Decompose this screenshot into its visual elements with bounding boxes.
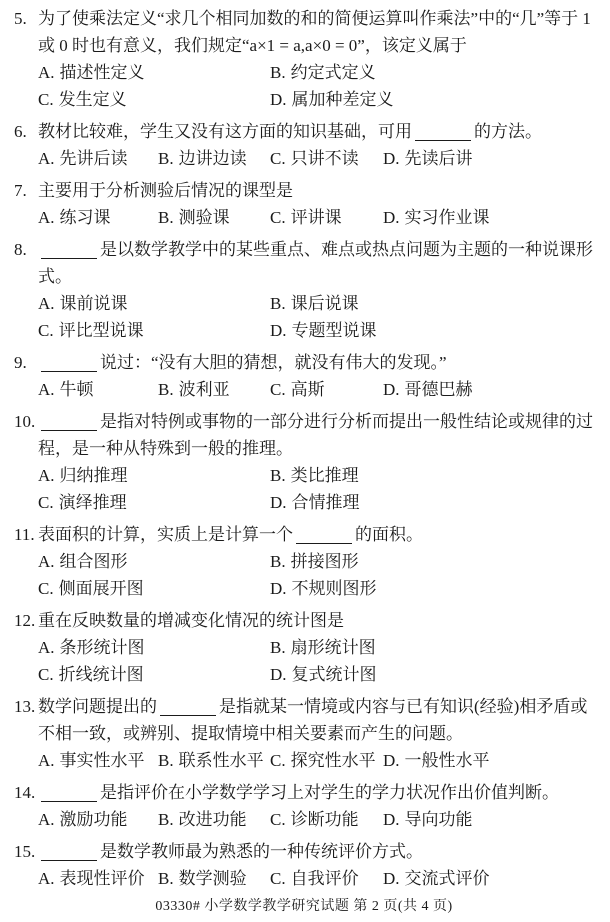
option-label: D. — [270, 90, 287, 109]
option-label: C. — [38, 579, 54, 598]
option-A: A.先讲后读 — [38, 145, 158, 172]
option-text: 哥德巴赫 — [405, 380, 473, 399]
option-D: D.属加种差定义 — [270, 86, 600, 113]
option-B: B.约定式定义 — [270, 59, 600, 86]
answer-blank — [296, 526, 352, 544]
question-stem: 15.是数学教师最为熟悉的一种传统评价方式。 — [38, 838, 600, 865]
option-C: C.只讲不读 — [270, 145, 383, 172]
option-label: A. — [38, 552, 55, 571]
question-stem: 14.是指评价在小学数学学习上对学生的学力状况作出价值判断。 — [38, 779, 600, 806]
option-label: C. — [270, 208, 286, 227]
option-D: D.专题型说课 — [270, 317, 600, 344]
option-text: 实习作业课 — [405, 208, 490, 227]
option-label: D. — [270, 321, 287, 340]
options-grid: A.练习课B.测验课C.评讲课D.实习作业课 — [38, 204, 600, 231]
option-C: C.演绎推理 — [38, 489, 270, 516]
option-label: D. — [383, 149, 400, 168]
question-number: 8. — [14, 236, 38, 263]
question-item-13: 13.数学问题提出的是指就某一情境或内容与已有知识(经验)相矛盾或不相一致，或辨… — [8, 693, 600, 774]
question-text: 的面积。 — [355, 525, 423, 544]
option-text: 先讲后读 — [60, 149, 128, 168]
question-number: 11. — [14, 521, 38, 548]
option-text: 合情推理 — [292, 493, 360, 512]
options-grid: A.归纳推理B.类比推理C.演绎推理D.合情推理 — [38, 462, 600, 516]
question-stem: 9.说过：“没有大胆的猜想，就没有伟大的发现。” — [38, 349, 600, 376]
option-label: D. — [270, 579, 287, 598]
answer-blank — [41, 843, 97, 861]
option-D: D.不规则图形 — [270, 575, 600, 602]
option-label: A. — [38, 751, 55, 770]
options-grid: A.课前说课B.课后说课C.评比型说课D.专题型说课 — [38, 290, 600, 344]
option-text: 只讲不读 — [291, 149, 359, 168]
question-text: 重在反映数量的增减变化情况的统计图是 — [38, 611, 344, 630]
option-text: 复式统计图 — [292, 665, 377, 684]
option-A: A.条形统计图 — [38, 634, 270, 661]
option-C: C.探究性水平 — [270, 747, 383, 774]
question-text: 是以数学教学中的某些重点、难点或热点问题为主题的一种说课形式。 — [38, 240, 593, 286]
option-text: 类比推理 — [291, 466, 359, 485]
option-label: B. — [270, 63, 286, 82]
answer-blank — [41, 354, 97, 372]
option-label: B. — [270, 294, 286, 313]
option-text: 不规则图形 — [292, 579, 377, 598]
option-label: D. — [270, 493, 287, 512]
option-label: B. — [158, 149, 174, 168]
option-C: C.高斯 — [270, 376, 383, 403]
option-text: 描述性定义 — [60, 63, 145, 82]
question-stem: 5.为了使乘法定义“求几个相同加数的和的简便运算叫作乘法”中的“几”等于 1 或… — [38, 5, 600, 59]
option-B: B.联系性水平 — [158, 747, 270, 774]
option-label: B. — [270, 638, 286, 657]
option-text: 导向功能 — [405, 810, 473, 829]
option-C: C.评讲课 — [270, 204, 383, 231]
option-A: A.归纳推理 — [38, 462, 270, 489]
option-A: A.组合图形 — [38, 548, 270, 575]
option-A: A.练习课 — [38, 204, 158, 231]
option-label: A. — [38, 380, 55, 399]
option-text: 测验课 — [179, 208, 230, 227]
option-C: C.诊断功能 — [270, 806, 383, 833]
option-label: C. — [38, 90, 54, 109]
option-D: D.复式统计图 — [270, 661, 600, 688]
option-label: A. — [38, 810, 55, 829]
option-text: 约定式定义 — [291, 63, 376, 82]
question-item-10: 10.是指对特例或事物的一部分进行分析而提出一般性结论或规律的过程，是一种从特殊… — [8, 408, 600, 516]
option-text: 评比型说课 — [59, 321, 144, 340]
option-label: B. — [270, 552, 286, 571]
option-text: 发生定义 — [59, 90, 127, 109]
option-D: D.实习作业课 — [383, 204, 600, 231]
options-grid: A.组合图形B.拼接图形C.侧面展开图D.不规则图形 — [38, 548, 600, 602]
option-B: B.类比推理 — [270, 462, 600, 489]
option-text: 专题型说课 — [292, 321, 377, 340]
option-text: 高斯 — [291, 380, 325, 399]
option-text: 扇形统计图 — [291, 638, 376, 657]
option-text: 改进功能 — [179, 810, 247, 829]
question-stem: 11.表面积的计算，实质上是计算一个的面积。 — [38, 521, 600, 548]
option-label: C. — [38, 493, 54, 512]
option-label: B. — [158, 208, 174, 227]
option-text: 诊断功能 — [291, 810, 359, 829]
option-text: 条形统计图 — [60, 638, 145, 657]
option-B: B.边讲边读 — [158, 145, 270, 172]
question-stem: 13.数学问题提出的是指就某一情境或内容与已有知识(经验)相矛盾或不相一致，或辨… — [38, 693, 600, 747]
option-A: A.描述性定义 — [38, 59, 270, 86]
option-C: C.评比型说课 — [38, 317, 270, 344]
option-text: 拼接图形 — [291, 552, 359, 571]
option-C: C.发生定义 — [38, 86, 270, 113]
option-B: B.波利亚 — [158, 376, 270, 403]
option-D: D.交流式评价 — [383, 865, 600, 892]
option-label: A. — [38, 466, 55, 485]
option-text: 课后说课 — [291, 294, 359, 313]
option-label: C. — [270, 810, 286, 829]
option-text: 牛顿 — [60, 380, 94, 399]
option-B: B.拼接图形 — [270, 548, 600, 575]
option-C: C.侧面展开图 — [38, 575, 270, 602]
option-text: 波利亚 — [179, 380, 230, 399]
option-B: B.数学测验 — [158, 865, 270, 892]
question-text: 说过：“没有大胆的猜想，就没有伟大的发现。” — [100, 353, 447, 372]
question-item-6: 6.教材比较难，学生又没有这方面的知识基础，可用的方法。A.先讲后读B.边讲边读… — [8, 118, 600, 172]
option-text: 评讲课 — [291, 208, 342, 227]
option-label: D. — [383, 751, 400, 770]
question-number: 6. — [14, 118, 38, 145]
option-A: A.牛顿 — [38, 376, 158, 403]
option-label: D. — [383, 208, 400, 227]
option-D: D.一般性水平 — [383, 747, 600, 774]
options-grid: A.描述性定义B.约定式定义C.发生定义D.属加种差定义 — [38, 59, 600, 113]
option-label: C. — [38, 665, 54, 684]
option-text: 组合图形 — [60, 552, 128, 571]
option-text: 事实性水平 — [60, 751, 145, 770]
answer-blank — [160, 698, 216, 716]
options-grid: A.条形统计图B.扇形统计图C.折线统计图D.复式统计图 — [38, 634, 600, 688]
options-grid: A.表现性评价B.数学测验C.自我评价D.交流式评价 — [38, 865, 600, 892]
option-text: 边讲边读 — [179, 149, 247, 168]
question-stem: 10.是指对特例或事物的一部分进行分析而提出一般性结论或规律的过程，是一种从特殊… — [38, 408, 600, 462]
question-item-9: 9.说过：“没有大胆的猜想，就没有伟大的发现。”A.牛顿B.波利亚C.高斯D.哥… — [8, 349, 600, 403]
question-text: 是指评价在小学数学学习上对学生的学力状况作出价值判断。 — [100, 783, 559, 802]
exam-page: 5.为了使乘法定义“求几个相同加数的和的简便运算叫作乘法”中的“几”等于 1 或… — [0, 0, 610, 922]
options-grid: A.激励功能B.改进功能C.诊断功能D.导向功能 — [38, 806, 600, 833]
option-label: A. — [38, 869, 55, 888]
option-A: A.事实性水平 — [38, 747, 158, 774]
question-number: 15. — [14, 838, 38, 865]
question-text: 的方法。 — [474, 122, 542, 141]
option-label: C. — [270, 869, 286, 888]
answer-blank — [41, 241, 97, 259]
option-text: 属加种差定义 — [292, 90, 394, 109]
question-number: 5. — [14, 5, 38, 32]
answer-blank — [41, 413, 97, 431]
question-item-12: 12.重在反映数量的增减变化情况的统计图是A.条形统计图B.扇形统计图C.折线统… — [8, 607, 600, 688]
option-label: D. — [383, 380, 400, 399]
option-label: C. — [38, 321, 54, 340]
option-text: 折线统计图 — [59, 665, 144, 684]
question-text: 表面积的计算，实质上是计算一个 — [38, 525, 293, 544]
option-A: A.表现性评价 — [38, 865, 158, 892]
option-label: C. — [270, 380, 286, 399]
option-label: D. — [383, 869, 400, 888]
option-A: A.激励功能 — [38, 806, 158, 833]
option-B: B.课后说课 — [270, 290, 600, 317]
option-text: 表现性评价 — [60, 869, 145, 888]
option-text: 归纳推理 — [60, 466, 128, 485]
question-item-5: 5.为了使乘法定义“求几个相同加数的和的简便运算叫作乘法”中的“几”等于 1 或… — [8, 5, 600, 113]
question-text: 是数学教师最为熟悉的一种传统评价方式。 — [100, 842, 423, 861]
option-label: A. — [38, 63, 55, 82]
option-A: A.课前说课 — [38, 290, 270, 317]
question-stem: 12.重在反映数量的增减变化情况的统计图是 — [38, 607, 600, 634]
question-item-8: 8.是以数学教学中的某些重点、难点或热点问题为主题的一种说课形式。A.课前说课B… — [8, 236, 600, 344]
option-label: B. — [158, 810, 174, 829]
option-text: 激励功能 — [60, 810, 128, 829]
question-number: 13. — [14, 693, 38, 720]
option-C: C.折线统计图 — [38, 661, 270, 688]
options-grid: A.先讲后读B.边讲边读C.只讲不读D.先读后讲 — [38, 145, 600, 172]
question-text: 数学问题提出的 — [38, 697, 157, 716]
option-D: D.导向功能 — [383, 806, 600, 833]
option-label: C. — [270, 751, 286, 770]
option-label: A. — [38, 638, 55, 657]
option-D: D.合情推理 — [270, 489, 600, 516]
option-label: B. — [270, 466, 286, 485]
question-stem: 6.教材比较难，学生又没有这方面的知识基础，可用的方法。 — [38, 118, 600, 145]
option-label: C. — [270, 149, 286, 168]
question-text: 主要用于分析测验后情况的课型是 — [38, 181, 293, 200]
option-text: 练习课 — [60, 208, 111, 227]
option-label: A. — [38, 294, 55, 313]
option-C: C.自我评价 — [270, 865, 383, 892]
question-item-14: 14.是指评价在小学数学学习上对学生的学力状况作出价值判断。A.激励功能B.改进… — [8, 779, 600, 833]
question-item-7: 7.主要用于分析测验后情况的课型是A.练习课B.测验课C.评讲课D.实习作业课 — [8, 177, 600, 231]
option-text: 一般性水平 — [405, 751, 490, 770]
option-label: B. — [158, 380, 174, 399]
question-number: 14. — [14, 779, 38, 806]
option-B: B.测验课 — [158, 204, 270, 231]
option-text: 自我评价 — [291, 869, 359, 888]
page-footer: 03330# 小学数学教学研究试题 第 2 页(共 4 页) — [8, 897, 600, 917]
question-item-11: 11.表面积的计算，实质上是计算一个的面积。A.组合图形B.拼接图形C.侧面展开… — [8, 521, 600, 602]
option-text: 演绎推理 — [59, 493, 127, 512]
question-text: 是指对特例或事物的一部分进行分析而提出一般性结论或规律的过程，是一种从特殊到一般… — [38, 412, 593, 458]
option-label: B. — [158, 869, 174, 888]
options-grid: A.事实性水平B.联系性水平C.探究性水平D.一般性水平 — [38, 747, 600, 774]
question-number: 9. — [14, 349, 38, 376]
option-D: D.先读后讲 — [383, 145, 600, 172]
option-B: B.扇形统计图 — [270, 634, 600, 661]
option-text: 联系性水平 — [179, 751, 264, 770]
option-label: A. — [38, 208, 55, 227]
options-grid: A.牛顿B.波利亚C.高斯D.哥德巴赫 — [38, 376, 600, 403]
option-text: 课前说课 — [60, 294, 128, 313]
option-text: 探究性水平 — [291, 751, 376, 770]
option-text: 交流式评价 — [405, 869, 490, 888]
option-label: B. — [158, 751, 174, 770]
option-label: D. — [383, 810, 400, 829]
option-text: 先读后讲 — [405, 149, 473, 168]
question-item-15: 15.是数学教师最为熟悉的一种传统评价方式。A.表现性评价B.数学测验C.自我评… — [8, 838, 600, 892]
question-stem: 7.主要用于分析测验后情况的课型是 — [38, 177, 600, 204]
question-text: 教材比较难，学生又没有这方面的知识基础，可用 — [38, 122, 412, 141]
option-D: D.哥德巴赫 — [383, 376, 600, 403]
option-text: 数学测验 — [179, 869, 247, 888]
option-label: D. — [270, 665, 287, 684]
option-B: B.改进功能 — [158, 806, 270, 833]
question-stem: 8.是以数学教学中的某些重点、难点或热点问题为主题的一种说课形式。 — [38, 236, 600, 290]
option-label: A. — [38, 149, 55, 168]
question-number: 10. — [14, 408, 38, 435]
option-text: 侧面展开图 — [59, 579, 144, 598]
question-text: 为了使乘法定义“求几个相同加数的和的简便运算叫作乘法”中的“几”等于 1 或 0… — [38, 9, 591, 55]
answer-blank — [415, 123, 471, 141]
answer-blank — [41, 784, 97, 802]
question-list: 5.为了使乘法定义“求几个相同加数的和的简便运算叫作乘法”中的“几”等于 1 或… — [8, 5, 600, 892]
question-number: 12. — [14, 607, 38, 634]
question-number: 7. — [14, 177, 38, 204]
